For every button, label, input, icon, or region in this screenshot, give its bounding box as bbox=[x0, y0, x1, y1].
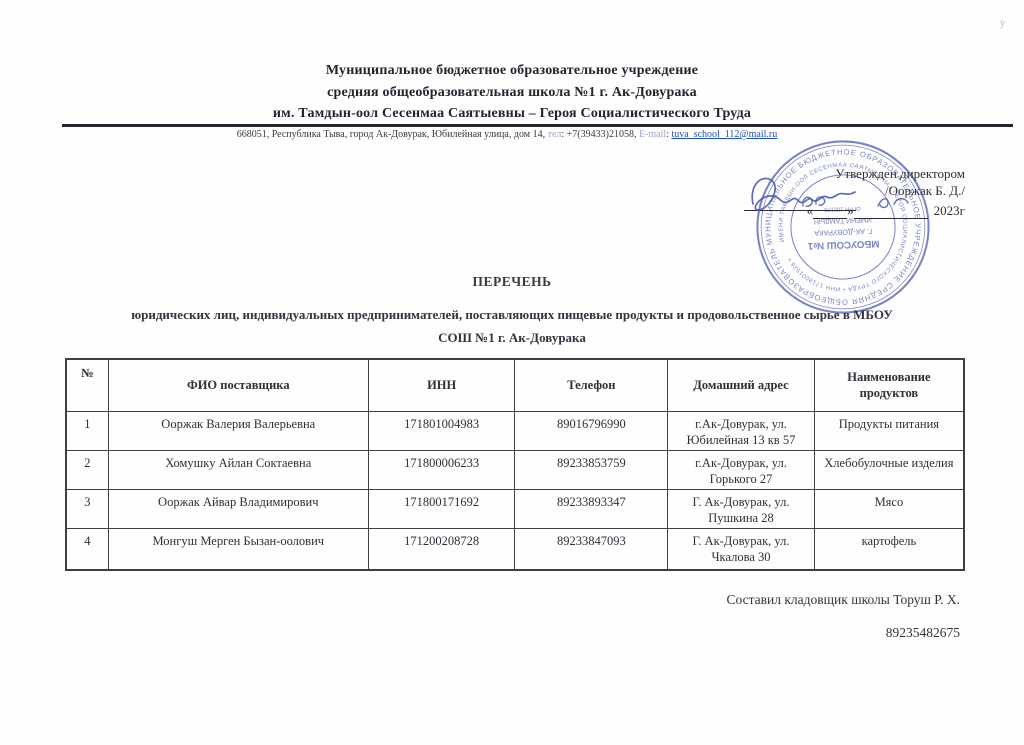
cell-inn: 171801004983 bbox=[368, 411, 515, 450]
cell-phone: 89233853759 bbox=[515, 450, 668, 489]
column-header-products: Наименование продуктов bbox=[814, 359, 964, 411]
column-header-home-address: Домашний адрес bbox=[668, 359, 815, 411]
letterhead: Муниципальное бюджетное образовательное … bbox=[0, 60, 1024, 125]
org-name-line2: средняя общеобразовательная школа №1 г. … bbox=[0, 82, 1024, 104]
suppliers-table: № ФИО поставщика ИНН Телефон Домашний ад… bbox=[65, 358, 965, 571]
composer-phone: 89235482675 bbox=[727, 616, 960, 649]
column-header-inn: ИНН bbox=[368, 359, 515, 411]
cell-number: 3 bbox=[66, 489, 108, 528]
cell-products: Продукты питания bbox=[814, 411, 964, 450]
cell-address: г.Ак-Довурак, ул. Юбилейная 13 кв 57 bbox=[668, 411, 815, 450]
cell-phone: 89233847093 bbox=[515, 528, 668, 570]
email-label: E-mail bbox=[639, 129, 666, 140]
org-address: 668051, Республика Тыва, город Ак-Довура… bbox=[237, 129, 548, 140]
cell-supplier-name: Ооржак Айвар Владимирович bbox=[108, 489, 368, 528]
document-subtitle: юридических лиц, индивидуальных предприн… bbox=[40, 303, 984, 349]
cell-supplier-name: Хомушку Айлан Соктаевна bbox=[108, 450, 368, 489]
cell-number: 4 bbox=[66, 528, 108, 570]
cell-phone: 89016796990 bbox=[515, 411, 668, 450]
table-row: 2 Хомушку Айлан Соктаевна 171800006233 8… bbox=[66, 450, 964, 489]
table-row: 4 Монгуш Мерген Бызан-оолович 1712002087… bbox=[66, 528, 964, 570]
cell-products: Мясо bbox=[814, 489, 964, 528]
cell-products: картофель bbox=[814, 528, 964, 570]
table-row: 1 Ооржак Валерия Валерьевна 171801004983… bbox=[66, 411, 964, 450]
tel-value: : +7(39433)21058, bbox=[561, 129, 639, 140]
column-header-supplier-name: ФИО поставщика bbox=[108, 359, 368, 411]
cell-supplier-name: Ооржак Валерия Валерьевна bbox=[108, 411, 368, 450]
stamp-center-line1: МБОУСОШ №1 bbox=[807, 238, 880, 252]
composer-block: Составил кладовщик школы Торуш Р. Х. 892… bbox=[727, 583, 960, 649]
stamp-center-line2: Г. АК-ДОВУРАКА bbox=[814, 227, 872, 238]
handwritten-day bbox=[799, 192, 829, 210]
table-header-row: № ФИО поставщика ИНН Телефон Домашний ад… bbox=[66, 359, 964, 411]
cell-number: 2 bbox=[66, 450, 108, 489]
composed-by-line: Составил кладовщик школы Торуш Р. Х. bbox=[727, 583, 960, 616]
document-page: ỳ Муниципальное бюджетное образовательно… bbox=[0, 0, 1024, 745]
approval-year: 2023г bbox=[934, 203, 965, 218]
org-name-line1: Муниципальное бюджетное образовательное … bbox=[0, 60, 1024, 82]
cell-inn: 171800171692 bbox=[368, 489, 515, 528]
document-title: ПЕРЕЧЕНЬ bbox=[0, 274, 1024, 290]
table-row: 3 Ооржак Айвар Владимирович 171800171692… bbox=[66, 489, 964, 528]
column-header-number: № bbox=[66, 359, 108, 411]
column-header-phone: Телефон bbox=[515, 359, 668, 411]
cell-inn: 171200208728 bbox=[368, 528, 515, 570]
cell-address: Г. Ак-Довурак, ул. Пушкина 28 bbox=[668, 489, 815, 528]
cell-products: Хлебобулочные изделия bbox=[814, 450, 964, 489]
cell-phone: 89233893347 bbox=[515, 489, 668, 528]
cell-supplier-name: Монгуш Мерген Бызан-оолович bbox=[108, 528, 368, 570]
handwritten-month bbox=[874, 193, 914, 211]
cell-address: Г. Ак-Довурак, ул. Чкалова 30 bbox=[668, 528, 815, 570]
subtitle-line1: юридических лиц, индивидуальных предприн… bbox=[40, 303, 984, 326]
org-name-line3: им. Тамдын-оол Сесенмаа Саятыевны – Геро… bbox=[0, 103, 1024, 125]
cell-inn: 171800006233 bbox=[368, 450, 515, 489]
corner-pen-mark: ỳ bbox=[1000, 18, 1005, 29]
tel-label: тел bbox=[548, 129, 562, 140]
cell-address: г.Ак-Довурак, ул. Горького 27 bbox=[668, 450, 815, 489]
cell-number: 1 bbox=[66, 411, 108, 450]
email-link[interactable]: tuva_school_112@mail.ru bbox=[671, 129, 777, 140]
subtitle-line2: СОШ №1 г. Ак-Довурака bbox=[40, 326, 984, 349]
